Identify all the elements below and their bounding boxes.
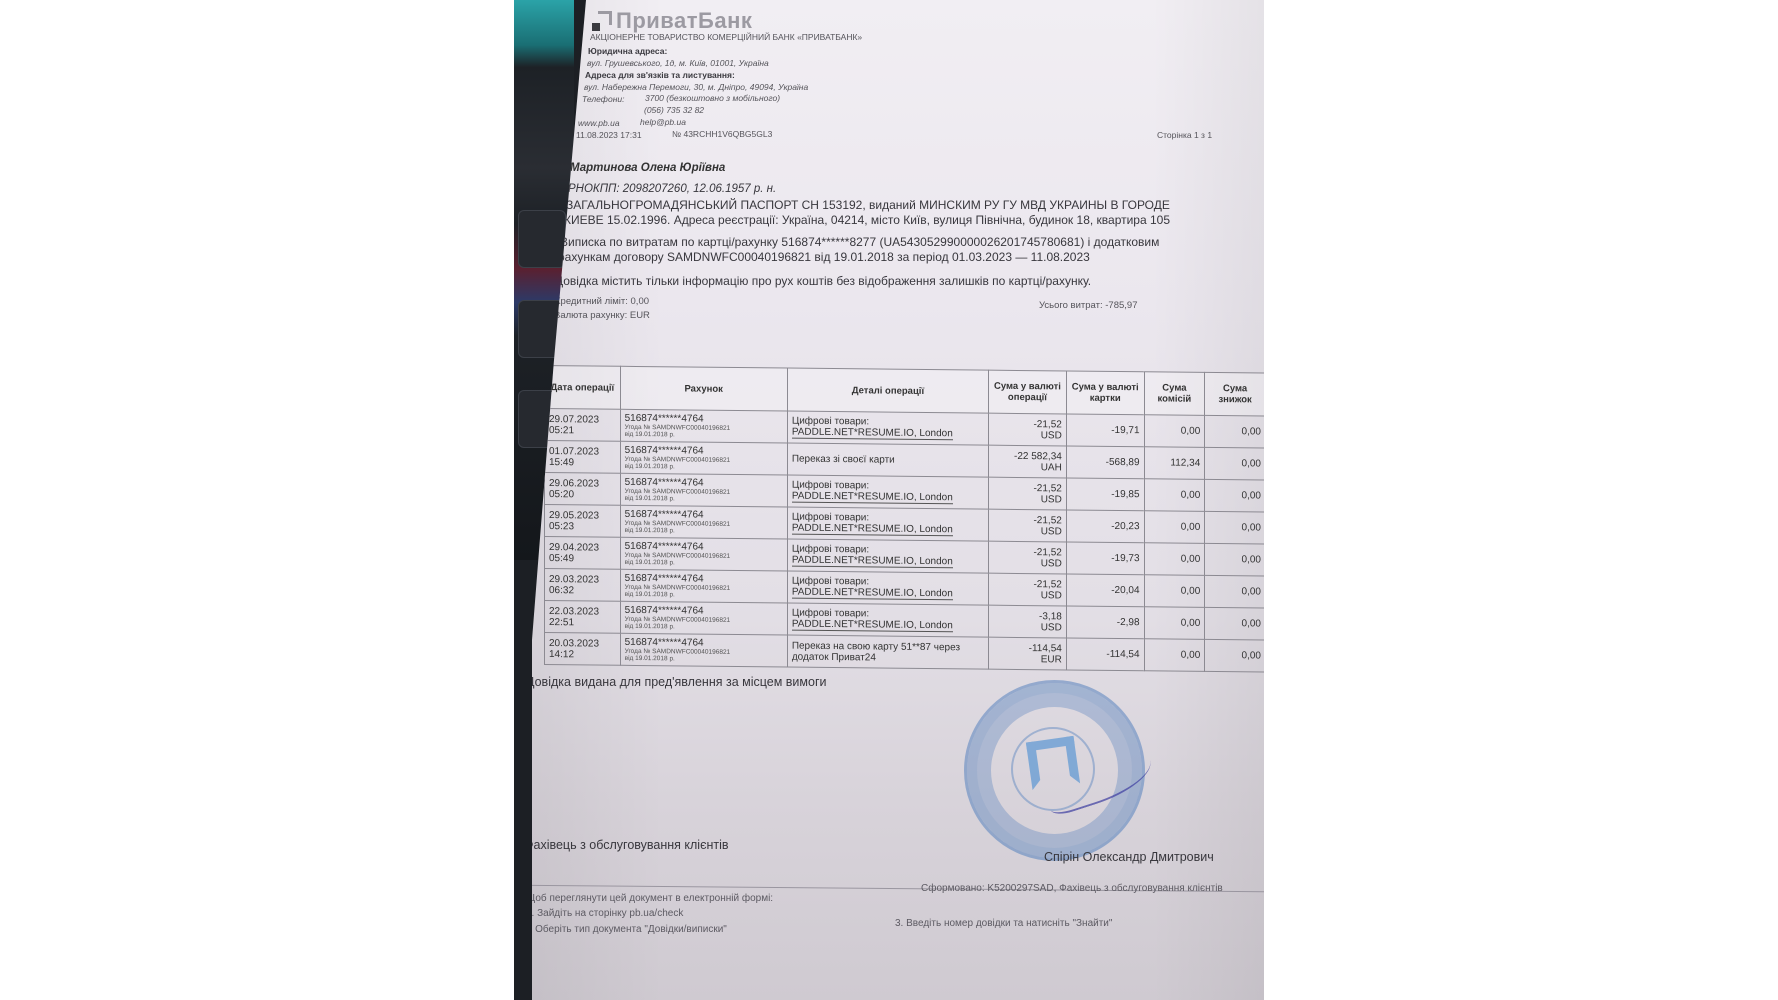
agreement-date: від 19.01.2018 р. [625, 590, 783, 599]
cell-op-amount: -3,18USD [989, 605, 1067, 638]
bank-website[interactable]: www.pb.ua [578, 118, 620, 128]
cell-details: Цифрові товари:PADDLE.NET*RESUME.IO, Lon… [787, 475, 988, 509]
cell-details: Цифрові товари:PADDLE.NET*RESUME.IO, Lon… [787, 507, 988, 541]
purpose-statement: Довідка видана для пред'явлення за місце… [526, 675, 826, 689]
cell-date: 29.03.202306:32 [545, 569, 621, 602]
operation-time: 05:49 [549, 553, 616, 565]
agreement-date: від 19.01.2018 р. [625, 654, 783, 663]
operations-table: Дата операції Рахунок Деталі операції Су… [544, 365, 1264, 673]
cell-discount: 0,00 [1205, 639, 1264, 672]
phones-label: Телефони: [582, 94, 624, 104]
cell-discount: 0,00 [1205, 575, 1264, 608]
op-currency: USD [993, 557, 1062, 569]
specialist-position: Фахівець з обслуговування клієнтів [524, 838, 729, 852]
operation-time: 05:23 [549, 521, 616, 533]
cell-op-amount: -21,52USD [989, 477, 1067, 510]
cell-card-amount: -568,89 [1066, 446, 1144, 479]
operation-date: 29.03.2023 [549, 574, 616, 586]
cell-op-amount: -21,52USD [989, 413, 1067, 446]
cell-discount: 0,00 [1205, 447, 1264, 480]
check-step-2: 2. Оберіть тип документа "Довідки/виписк… [524, 924, 727, 935]
cell-date: 22.03.202322:51 [545, 601, 621, 634]
phone-2: (056) 735 32 82 [644, 105, 704, 115]
header-card-amount: Сума у валюті картки [1066, 371, 1144, 415]
cell-fee: 0,00 [1144, 543, 1205, 576]
details-line-2: додаток Приват24 [792, 651, 876, 663]
op-currency: USD [993, 429, 1062, 441]
cell-fee: 112,34 [1144, 447, 1205, 480]
op-currency: USD [993, 589, 1062, 601]
cell-date: 29.07.202305:21 [545, 409, 621, 442]
cell-fee: 0,00 [1144, 607, 1205, 640]
operation-date: 20.03.2023 [549, 638, 616, 650]
page-indicator: Сторінка 1 з 1 [1157, 130, 1212, 140]
check-step-3: 3. Введіть номер довідки та натисніть "З… [895, 918, 1112, 929]
statement-notice: Довідка містить тільки інформацію про ру… [555, 274, 1091, 288]
operation-date: 01.07.2023 [549, 446, 616, 458]
cell-op-amount: -22 582,34UAH [989, 445, 1067, 478]
cell-details: Переказ на свою карту 51**87 черездодато… [787, 635, 988, 669]
operation-time: 14:12 [549, 649, 616, 661]
cell-fee: 0,00 [1144, 415, 1205, 448]
credit-limit: Кредитний ліміт: 0,00 [555, 296, 649, 307]
header-fee: Сума комісій [1144, 372, 1205, 416]
agreement-date: від 19.01.2018 р. [625, 494, 783, 503]
cell-card-amount: -19,71 [1066, 414, 1144, 447]
cell-account: 516874******4764Угода № SAMDNWFC00040196… [620, 409, 787, 443]
client-passport-line-1: ЗАГАЛЬНОГРОМАДЯНСЬКИЙ ПАСПОРТ СН 153192,… [566, 198, 1170, 212]
operation-time: 06:32 [549, 585, 616, 597]
document-photo: ПриватБанк АКЦІОНЕРНЕ ТОВАРИСТВО КОМЕРЦІ… [514, 0, 1264, 1000]
header-date: Дата операції [545, 366, 621, 410]
statement-line-2: рахункам договору SAMDNWFC00040196821 ві… [558, 250, 1090, 264]
operation-time: 22:51 [549, 617, 616, 629]
details-line-2: PADDLE.NET*RESUME.IO, London [792, 555, 953, 569]
header-op-amount: Сума у валюті операції [989, 370, 1067, 414]
op-amount: -22 582,34 [993, 450, 1062, 462]
cell-op-amount: -21,52USD [989, 509, 1067, 542]
cell-card-amount: -20,04 [1066, 574, 1144, 607]
account-currency: Валюта рахунку: EUR [554, 310, 650, 321]
op-currency: EUR [993, 653, 1062, 665]
agreement-date: від 19.01.2018 р. [625, 558, 783, 567]
agreement-date: від 19.01.2018 р. [625, 526, 783, 535]
op-amount: -114,54 [993, 642, 1062, 654]
operation-time: 05:21 [549, 425, 616, 437]
operation-date: 29.06.2023 [549, 478, 616, 490]
details-line-2: PADDLE.NET*RESUME.IO, London [792, 523, 953, 537]
cell-card-amount: -19,85 [1066, 478, 1144, 511]
operation-date: 29.07.2023 [549, 414, 616, 426]
legal-address: вул. Грушевського, 1д, м. Київ, 01001, У… [587, 58, 769, 68]
cell-details: Цифрові товари:PADDLE.NET*RESUME.IO, Lon… [787, 571, 988, 605]
details-line-2: PADDLE.NET*RESUME.IO, London [792, 491, 953, 505]
bank-full-name: АКЦІОНЕРНЕ ТОВАРИСТВО КОМЕРЦІЙНИЙ БАНК «… [590, 32, 862, 42]
details-line-2: PADDLE.NET*RESUME.IO, London [792, 427, 953, 441]
operation-date: 29.05.2023 [549, 510, 616, 522]
operation-date: 22.03.2023 [549, 606, 616, 618]
header-account: Рахунок [620, 366, 787, 411]
operation-time: 15:49 [549, 457, 616, 469]
statement-line-1: Виписка по витратам по картці/рахунку 51… [560, 235, 1159, 249]
phone-1: 3700 (безкоштовно з мобільного) [645, 93, 780, 103]
keyboard-key [518, 210, 566, 268]
cell-fee: 0,00 [1144, 575, 1205, 608]
op-amount: -3,18 [993, 610, 1062, 622]
cell-account: 516874******4764Угода № SAMDNWFC00040196… [620, 633, 787, 667]
table-row: 20.03.202314:12516874******4764Угода № S… [545, 633, 1265, 673]
header-discount: Сума знижок [1205, 372, 1264, 416]
agreement-date: від 19.01.2018 р. [625, 622, 783, 631]
op-amount: -21,52 [993, 546, 1062, 558]
cell-card-amount: -19,73 [1066, 542, 1144, 575]
cell-discount: 0,00 [1205, 479, 1264, 512]
check-step-1: 1. Зайдіть на сторінку pb.ua/check [526, 908, 683, 919]
op-currency: USD [993, 525, 1062, 537]
cell-date: 29.05.202305:23 [545, 505, 621, 538]
cell-discount: 0,00 [1205, 415, 1264, 448]
op-amount: -21,52 [993, 514, 1062, 526]
document-number: № 43RCHH1V6QBG5GL3 [672, 129, 772, 139]
mail-address: вул. Набережна Перемоги, 30, м. Дніпро, … [584, 82, 808, 92]
cell-op-amount: -21,52USD [989, 573, 1067, 606]
table-header-row: Дата операції Рахунок Деталі операції Су… [545, 366, 1265, 417]
cell-fee: 0,00 [1144, 639, 1205, 672]
cell-account: 516874******4764Угода № SAMDNWFC00040196… [620, 601, 787, 635]
cell-details: Цифрові товари:PADDLE.NET*RESUME.IO, Lon… [787, 603, 988, 637]
cell-fee: 0,00 [1144, 479, 1205, 512]
op-currency: USD [993, 493, 1062, 505]
cell-account: 516874******4764Угода № SAMDNWFC00040196… [620, 473, 787, 507]
cell-date: 20.03.202314:12 [545, 633, 621, 666]
agreement-date: від 19.01.2018 р. [625, 430, 783, 439]
operation-date: 29.04.2023 [549, 542, 616, 554]
bank-email[interactable]: help@pb.ua [640, 117, 686, 127]
cell-account: 516874******4764Угода № SAMDNWFC00040196… [620, 569, 787, 603]
operations-table-body: 29.07.202305:21516874******4764Угода № S… [545, 409, 1265, 673]
details-line-1: Переказ зі своєї карти [792, 454, 984, 467]
cell-card-amount: -2,98 [1066, 606, 1144, 639]
issued-datetime: 11.08.2023 17:31 [576, 130, 642, 140]
op-currency: UAH [993, 461, 1062, 473]
cell-date: 01.07.202315:49 [545, 441, 621, 474]
cell-fee: 0,00 [1144, 511, 1205, 544]
cell-op-amount: -114,54EUR [989, 637, 1067, 670]
op-amount: -21,52 [993, 482, 1062, 494]
check-intro: Щоб переглянути цей документ в електронн… [526, 893, 773, 904]
client-name: Мартинова Олена Юріївна [570, 162, 725, 174]
cell-discount: 0,00 [1205, 543, 1264, 576]
cell-account: 516874******4764Угода № SAMDNWFC00040196… [620, 537, 787, 571]
client-tax-id: РНОКПП: 2098207260, 12.06.1957 р. н. [568, 183, 776, 195]
op-currency: USD [993, 621, 1062, 633]
privatbank-logo-icon [592, 11, 612, 31]
legal-address-label: Юридична адреса: [588, 46, 667, 56]
bank-statement-paper: ПриватБанк АКЦІОНЕРНЕ ТОВАРИСТВО КОМЕРЦІ… [514, 0, 1264, 1000]
cell-date: 29.06.202305:20 [545, 473, 621, 506]
client-passport-line-2: КИЕВЕ 15.02.1996. Адреса реєстрації: Укр… [564, 213, 1170, 227]
cell-date: 29.04.202305:49 [545, 537, 621, 570]
cell-details: Цифрові товари:PADDLE.NET*RESUME.IO, Lon… [787, 411, 988, 445]
formed-by: Сформовано: K5200297SAD, Фахівець з обсл… [921, 883, 1223, 894]
total-expenses: Усього витрат: -785,97 [1039, 300, 1137, 311]
cell-account: 516874******4764Угода № SAMDNWFC00040196… [620, 441, 787, 475]
cell-account: 516874******4764Угода № SAMDNWFC00040196… [620, 505, 787, 539]
details-line-2: PADDLE.NET*RESUME.IO, London [792, 587, 953, 601]
op-amount: -21,52 [993, 578, 1062, 590]
cell-discount: 0,00 [1205, 511, 1264, 544]
cell-discount: 0,00 [1205, 607, 1264, 640]
bank-logo-text: ПриватБанк [616, 8, 752, 33]
details-line-2: PADDLE.NET*RESUME.IO, London [792, 619, 953, 633]
bank-logo: ПриватБанк [592, 8, 752, 34]
header-details: Деталі операції [787, 368, 988, 413]
cell-details: Цифрові товари:PADDLE.NET*RESUME.IO, Lon… [787, 539, 988, 573]
agreement-date: від 19.01.2018 р. [625, 462, 783, 471]
cell-card-amount: -20,23 [1066, 510, 1144, 543]
operation-time: 05:20 [549, 489, 616, 501]
cell-op-amount: -21,52USD [989, 541, 1067, 574]
cell-details: Переказ зі своєї карти [787, 443, 988, 477]
mail-address-label: Адреса для зв'язків та листування: [585, 70, 735, 80]
signer-name: Спірін Олександр Дмитрович [1044, 850, 1214, 864]
op-amount: -21,52 [993, 418, 1062, 430]
cell-card-amount: -114,54 [1066, 638, 1144, 671]
